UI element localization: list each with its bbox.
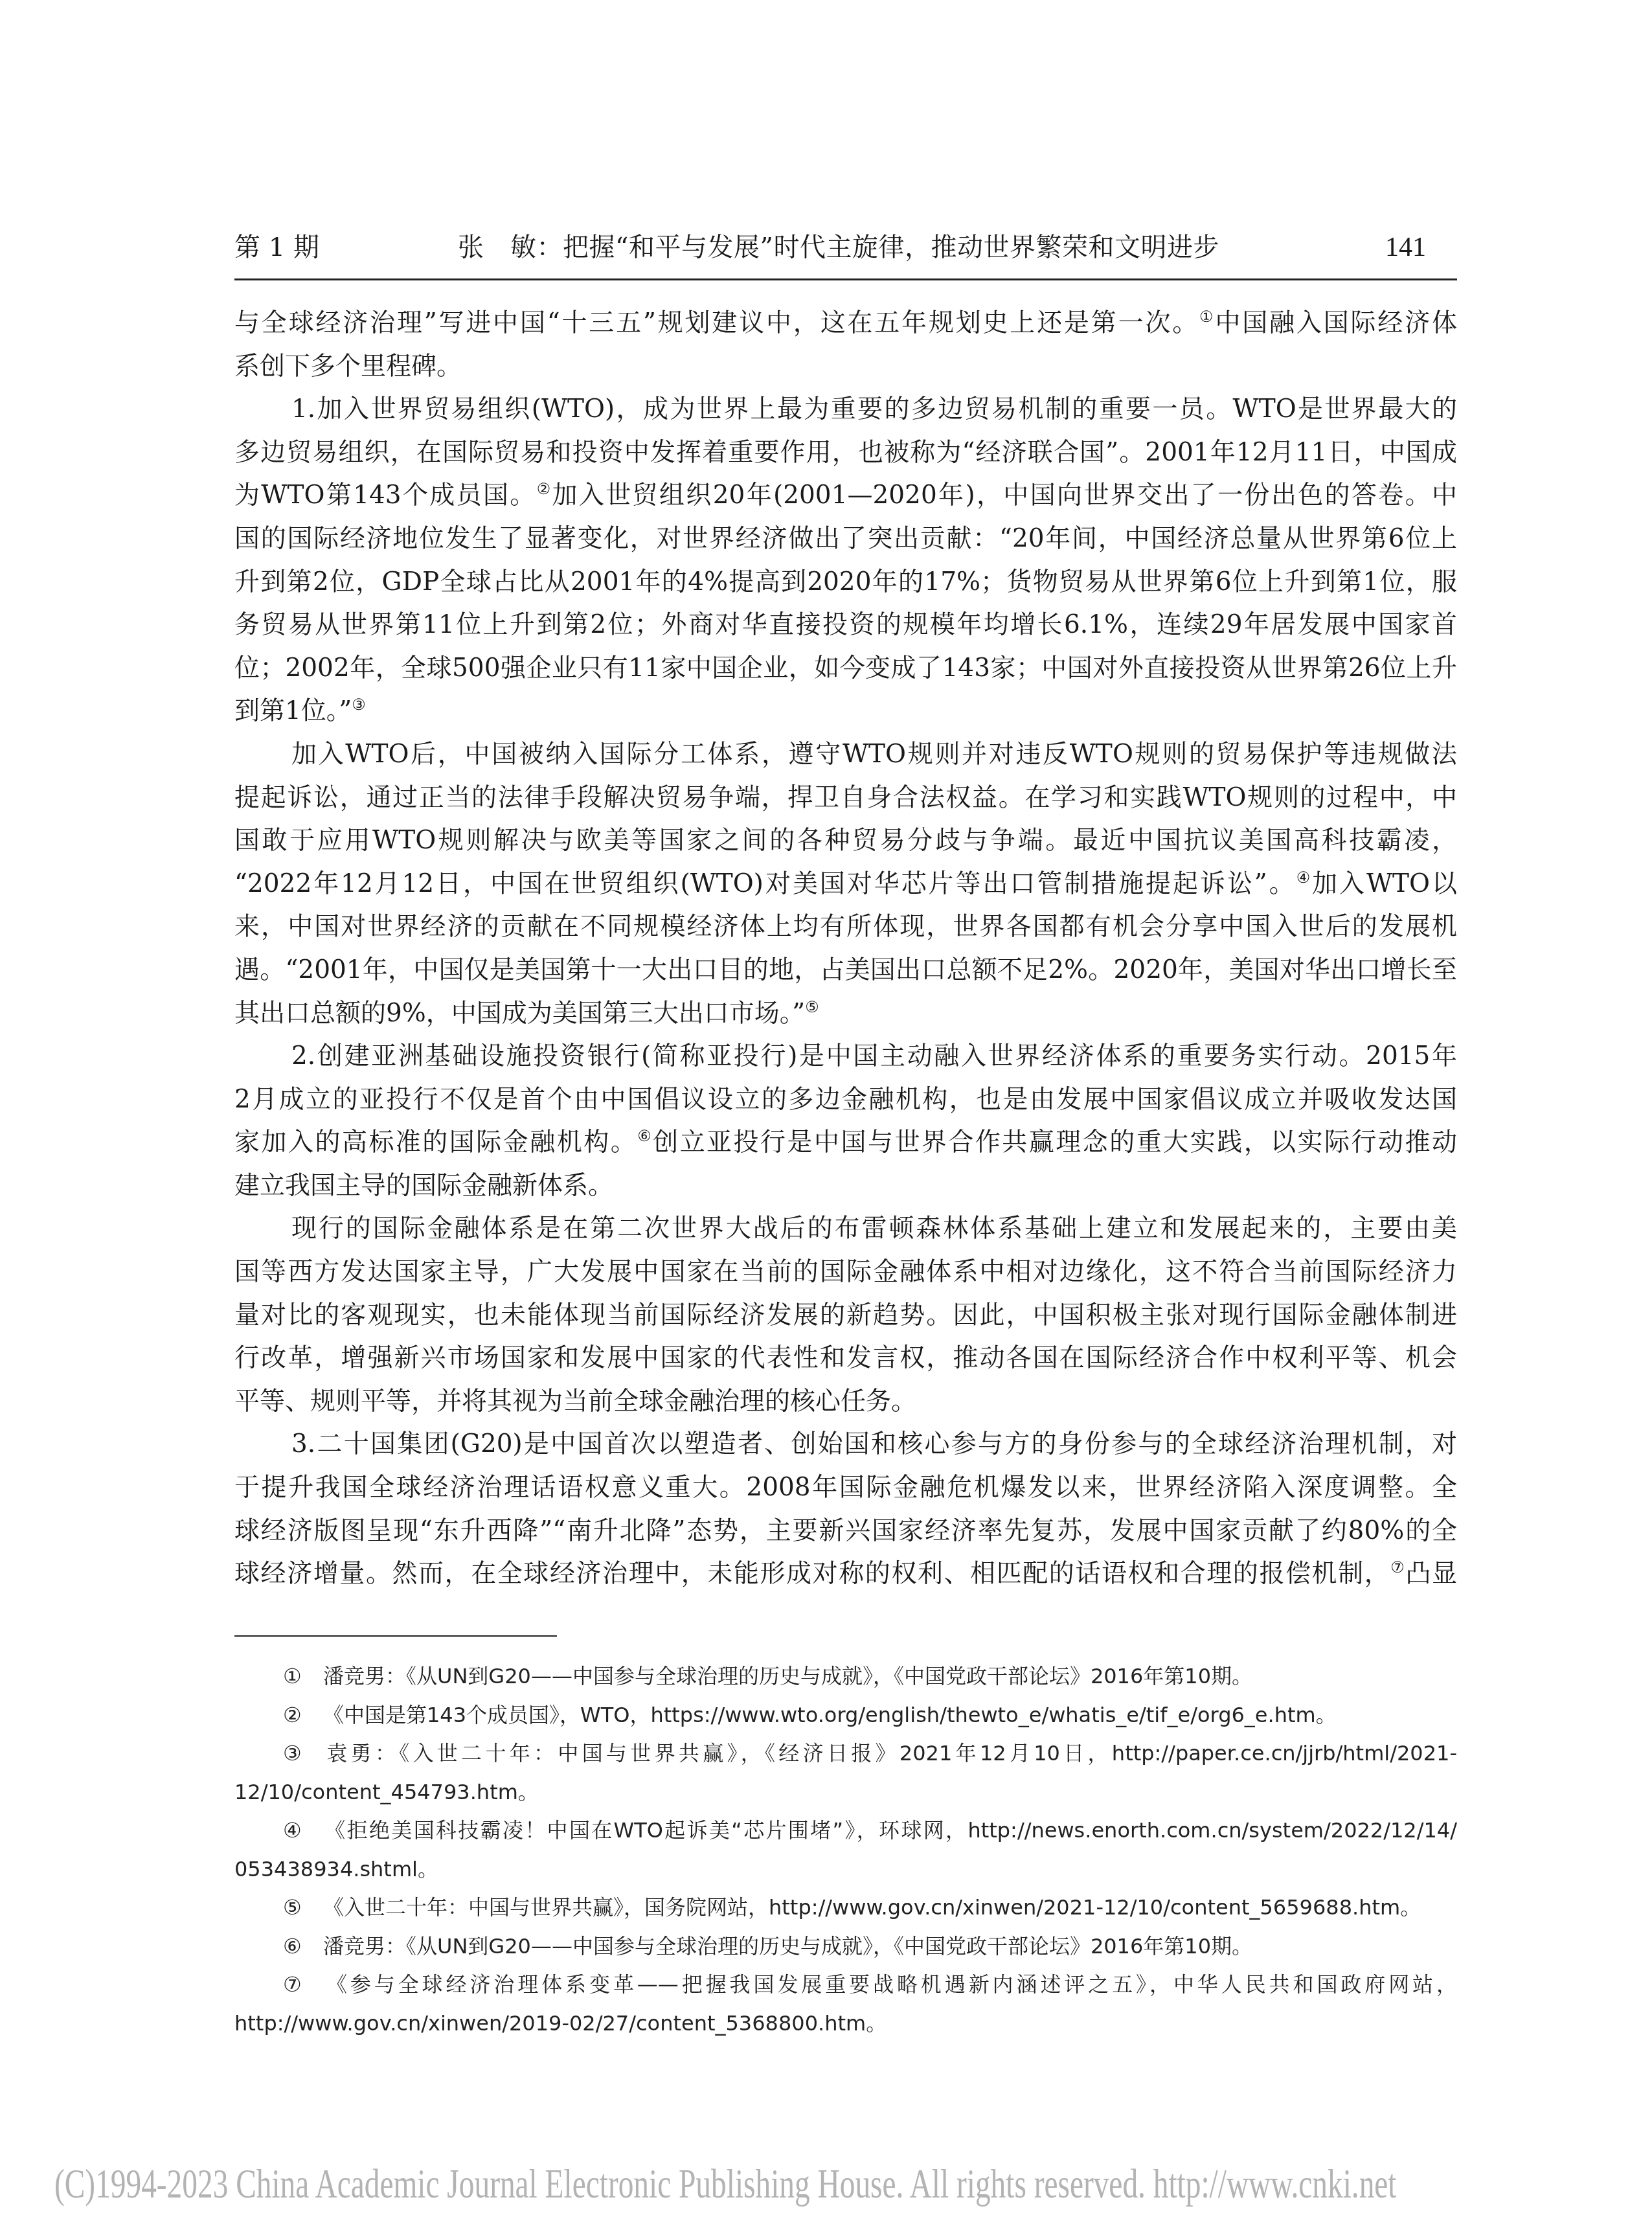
footnote-text: 《拒绝美国科技霸凌！中国在WTO起诉美“芯片围堵”》，环球网，http://ne…	[323, 1818, 1457, 1843]
body-line: 升到第2位，GDP全球占比从2001年的4%提高到2020年的17%；货物贸易从…	[234, 561, 1457, 604]
body-line: 3.二十国集团(G20)是中国首次以塑造者、创始国和核心参与方的身份参与的全球经…	[234, 1423, 1457, 1466]
copyright-notice: (C)1994-2023 China Academic Journal Elec…	[54, 2158, 1397, 2210]
body-line: 其出口总额的9%，中国成为美国第三大出口市场。”⑤	[234, 992, 1457, 1036]
body-line: 与全球经济治理”写进中国“十三五”规划建议中，这在五年规划史上还是第一次。①中国…	[234, 302, 1457, 345]
footnote-text: 《参与全球经济治理体系变革——把握我国发展重要战略机遇新内涵述评之五》，中华人民…	[323, 1972, 1457, 1997]
body-line: 多边贸易组织，在国际贸易和投资中发挥着重要作用，也被称为“经济联合国”。2001…	[234, 431, 1457, 475]
footnote-divider	[234, 1635, 557, 1637]
body-line-text: 位；2002年，全球500强企业只有11家中国企业，如今变成了143家；中国对外…	[234, 653, 1457, 683]
body-line-text: 系创下多个里程碑。	[234, 352, 462, 381]
body-line-text: 量对比的客观现实，也未能体现当前国际经济发展的新趋势。因此，中国积极主张对现行国…	[234, 1300, 1457, 1330]
footnote-text: 《入世二十年：中国与世界共赢》，国务院网站，http://www.gov.cn/…	[323, 1895, 1421, 1920]
issue-number: 第 1 期	[234, 228, 319, 267]
body-line: 平等、规则平等，并将其视为当前全球金融治理的核心任务。	[234, 1380, 1457, 1424]
body-line-text: 球经济增量。然而，在全球经济治理中，未能形成对称的权利、相匹配的话语权和合理的报…	[234, 1559, 1390, 1588]
body-line: 加入WTO后，中国被纳入国际分工体系，遵守WTO规则并对违反WTO规则的贸易保护…	[234, 733, 1457, 777]
body-line: 提起诉讼，通过正当的法律手段解决贸易争端，捍卫自身合法权益。在学习和实践WTO规…	[234, 777, 1457, 820]
body-line-text: 升到第2位，GDP全球占比从2001年的4%提高到2020年的17%；货物贸易从…	[234, 567, 1457, 596]
body-line-text: 国敢于应用WTO规则解决与欧美等国家之间的各种贸易分歧与争端。最近中国抗议美国高…	[234, 826, 1457, 855]
footnote-line: 12/10/content_454793.htm。	[234, 1773, 1457, 1812]
body-line-text: 来，中国对世界经济的贡献在不同规模经济体上均有所体现，世界各国都有机会分享中国入…	[234, 912, 1457, 941]
page-number: 141	[1385, 228, 1426, 267]
footnote-reference[interactable]: ⑥	[637, 1127, 653, 1145]
body-line-text: 3.二十国集团(G20)是中国首次以塑造者、创始国和核心参与方的身份参与的全球经…	[291, 1429, 1457, 1459]
body-line: 家加入的高标准的国际金融机构。⑥创立亚投行是中国与世界合作共赢理念的重大实践，以…	[234, 1121, 1457, 1164]
footnote-reference[interactable]: ⑤	[805, 998, 819, 1016]
body-line-text: 国等西方发达国家主导，广大发展中国家在当前的国际金融体系中相对边缘化，这不符合当…	[234, 1257, 1457, 1286]
footnote-text: 《中国是第143个成员国》，WTO，https://www.wto.org/en…	[323, 1703, 1337, 1727]
body-line-text: 到第1位。”	[234, 696, 352, 725]
body-line: 现行的国际金融体系是在第二次世界大战后的布雷顿森林体系基础上建立和发展起来的，主…	[234, 1207, 1457, 1251]
body-line-text: 凸显	[1405, 1559, 1457, 1588]
footnote-reference[interactable]: ④	[1296, 869, 1312, 887]
body-line-text: 加入WTO以	[1312, 869, 1457, 898]
body-line-text: 现行的国际金融体系是在第二次世界大战后的布雷顿森林体系基础上建立和发展起来的，主…	[291, 1214, 1457, 1243]
body-line-text: 于提升我国全球经济治理话语权意义重大。2008年国际金融危机爆发以来，世界经济陷…	[234, 1473, 1457, 1502]
body-line: 于提升我国全球经济治理话语权意义重大。2008年国际金融危机爆发以来，世界经济陷…	[234, 1466, 1457, 1510]
footnote-line: ⑤《入世二十年：中国与世界共赢》，国务院网站，http://www.gov.cn…	[234, 1889, 1457, 1927]
body-line: 建立我国主导的国际金融新体系。	[234, 1164, 1457, 1208]
footnote-line: ⑦《参与全球经济治理体系变革——把握我国发展重要战略机遇新内涵述评之五》，中华人…	[234, 1966, 1457, 2005]
body-line: 位；2002年，全球500强企业只有11家中国企业，如今变成了143家；中国对外…	[234, 647, 1457, 690]
body-line-text: 多边贸易组织，在国际贸易和投资中发挥着重要作用，也被称为“经济联合国”。2001…	[234, 438, 1457, 467]
body-text: 与全球经济治理”写进中国“十三五”规划建议中，这在五年规划史上还是第一次。①中国…	[234, 302, 1457, 1596]
footnote-line: http://www.gov.cn/xinwen/2019-02/27/cont…	[234, 2005, 1457, 2043]
body-line-text: “2022年12月12日，中国在世贸组织(WTO)对美国对华芯片等出口管制措施提…	[234, 869, 1296, 898]
footnote-text: 袁勇：《入世二十年：中国与世界共赢》，《经济日报》2021年12月10日，htt…	[323, 1741, 1457, 1766]
body-line: 球经济增量。然而，在全球经济治理中，未能形成对称的权利、相匹配的话语权和合理的报…	[234, 1552, 1457, 1596]
footnote-number: ⑥	[283, 1927, 323, 1966]
footnotes: ①潘竞男：《从UN到G20——中国参与全球治理的历史与成就》，《中国党政干部论坛…	[234, 1657, 1457, 2043]
footnote-number: ②	[283, 1696, 323, 1735]
body-line-text: 家加入的高标准的国际金融机构。	[234, 1128, 637, 1157]
body-line: 2.创建亚洲基础设施投资银行(简称亚投行)是中国主动融入世界经济体系的重要务实行…	[234, 1035, 1457, 1078]
body-line: 为WTO第143个成员国。②加入世贸组织20年(2001—2020年)，中国向世…	[234, 474, 1457, 517]
body-line-text: 为WTO第143个成员国。	[234, 481, 537, 510]
footnote-line: ③袁勇：《入世二十年：中国与世界共赢》，《经济日报》2021年12月10日，ht…	[234, 1734, 1457, 1773]
body-line-text: 1.加入世界贸易组织(WTO)，成为世界上最为重要的多边贸易机制的重要一员。WT…	[291, 394, 1457, 424]
running-header: 第 1 期 张 敏：把握“和平与发展”时代主旋律，推动世界繁荣和文明进步 141	[234, 228, 1457, 267]
body-line: 行改革，增强新兴市场国家和发展中国家的代表性和发言权，推动各国在国际经济合作中权…	[234, 1337, 1457, 1380]
header-divider	[234, 278, 1457, 280]
footnote-text: 053438934.shtml。	[234, 1857, 438, 1881]
running-title: 张 敏：把握“和平与发展”时代主旋律，推动世界繁荣和文明进步	[458, 228, 1219, 267]
footnote-text: 潘竞男：《从UN到G20——中国参与全球治理的历史与成就》，《中国党政干部论坛》…	[323, 1934, 1252, 1959]
footnote-reference[interactable]: ①	[1199, 308, 1215, 326]
body-line-text: 建立我国主导的国际金融新体系。	[234, 1171, 613, 1200]
body-line: 量对比的客观现实，也未能体现当前国际经济发展的新趋势。因此，中国积极主张对现行国…	[234, 1294, 1457, 1337]
footnote-text: 12/10/content_454793.htm。	[234, 1780, 539, 1804]
footnote-text: http://www.gov.cn/xinwen/2019-02/27/cont…	[234, 2011, 887, 2036]
body-line: 国等西方发达国家主导，广大发展中国家在当前的国际金融体系中相对边缘化，这不符合当…	[234, 1251, 1457, 1294]
body-line: 来，中国对世界经济的贡献在不同规模经济体上均有所体现，世界各国都有机会分享中国入…	[234, 905, 1457, 949]
body-line: 务贸易从世界第11位上升到第2位；外商对华直接投资的规模年均增长6.1%，连续2…	[234, 604, 1457, 647]
body-line-text: 行改革，增强新兴市场国家和发展中国家的代表性和发言权，推动各国在国际经济合作中权…	[234, 1343, 1457, 1372]
body-line: 1.加入世界贸易组织(WTO)，成为世界上最为重要的多边贸易机制的重要一员。WT…	[234, 388, 1457, 431]
footnote-line: ①潘竞男：《从UN到G20——中国参与全球治理的历史与成就》，《中国党政干部论坛…	[234, 1657, 1457, 1696]
body-line-text: 加入WTO后，中国被纳入国际分工体系，遵守WTO规则并对违反WTO规则的贸易保护…	[291, 740, 1457, 769]
body-line-text: 球经济版图呈现“东升西降”“南升北降”态势，主要新兴国家经济率先复苏，发展中国家…	[234, 1516, 1457, 1545]
footnote-line: ④《拒绝美国科技霸凌！中国在WTO起诉美“芯片围堵”》，环球网，http://n…	[234, 1811, 1457, 1850]
footnote-number: ④	[283, 1811, 323, 1850]
footnote-line: 053438934.shtml。	[234, 1850, 1457, 1889]
body-line: 国敢于应用WTO规则解决与欧美等国家之间的各种贸易分歧与争端。最近中国抗议美国高…	[234, 819, 1457, 863]
footnote-number: ⑤	[283, 1889, 323, 1927]
body-line: 球经济版图呈现“东升西降”“南升北降”态势，主要新兴国家经济率先复苏，发展中国家…	[234, 1510, 1457, 1553]
footnote-line: ②《中国是第143个成员国》，WTO，https://www.wto.org/e…	[234, 1696, 1457, 1735]
body-line-text: 中国融入国际经济体	[1215, 308, 1457, 337]
body-line-text: 平等、规则平等，并将其视为当前全球金融治理的核心任务。	[234, 1387, 916, 1416]
footnote-reference[interactable]: ⑦	[1390, 1558, 1405, 1576]
body-line-text: 2月成立的亚投行不仅是首个由中国倡议设立的多边金融机构，也是由发展中国家倡议成立…	[234, 1085, 1457, 1114]
body-line: 2月成立的亚投行不仅是首个由中国倡议设立的多边金融机构，也是由发展中国家倡议成立…	[234, 1078, 1457, 1122]
body-line-text: 国的国际经济地位发生了显著变化，对世界经济做出了突出贡献：“20年间，中国经济总…	[234, 524, 1457, 553]
body-line-text: 务贸易从世界第11位上升到第2位；外商对华直接投资的规模年均增长6.1%，连续2…	[234, 610, 1457, 639]
footnote-reference[interactable]: ②	[537, 480, 552, 498]
body-line-text: 与全球经济治理”写进中国“十三五”规划建议中，这在五年规划史上还是第一次。	[234, 308, 1199, 337]
body-line-text: 2.创建亚洲基础设施投资银行(简称亚投行)是中国主动融入世界经济体系的重要务实行…	[291, 1041, 1457, 1071]
body-line: 系创下多个里程碑。	[234, 345, 1457, 389]
body-line: 到第1位。”③	[234, 690, 1457, 733]
footnote-line: ⑥潘竞男：《从UN到G20——中国参与全球治理的历史与成就》，《中国党政干部论坛…	[234, 1927, 1457, 1966]
footnote-reference[interactable]: ③	[352, 696, 366, 714]
footnote-number: ①	[283, 1657, 323, 1696]
body-line-text: 加入世贸组织20年(2001—2020年)，中国向世界交出了一份出色的答卷。中	[552, 481, 1457, 510]
footnote-text: 潘竞男：《从UN到G20——中国参与全球治理的历史与成就》，《中国党政干部论坛》…	[323, 1664, 1252, 1688]
body-line-text: 遇。“2001年，中国仅是美国第十一大出口目的地，占美国出口总额不足2%。202…	[234, 955, 1457, 984]
body-line: 遇。“2001年，中国仅是美国第十一大出口目的地，占美国出口总额不足2%。202…	[234, 949, 1457, 992]
body-line: “2022年12月12日，中国在世贸组织(WTO)对美国对华芯片等出口管制措施提…	[234, 863, 1457, 906]
footnote-number: ③	[283, 1734, 323, 1773]
body-line-text: 提起诉讼，通过正当的法律手段解决贸易争端，捍卫自身合法权益。在学习和实践WTO规…	[234, 783, 1457, 812]
body-line-text: 其出口总额的9%，中国成为美国第三大出口市场。”	[234, 999, 805, 1028]
body-line: 国的国际经济地位发生了显著变化，对世界经济做出了突出贡献：“20年间，中国经济总…	[234, 517, 1457, 561]
body-line-text: 创立亚投行是中国与世界合作共赢理念的重大实践，以实际行动推动	[653, 1128, 1457, 1157]
footnote-number: ⑦	[283, 1966, 323, 2005]
